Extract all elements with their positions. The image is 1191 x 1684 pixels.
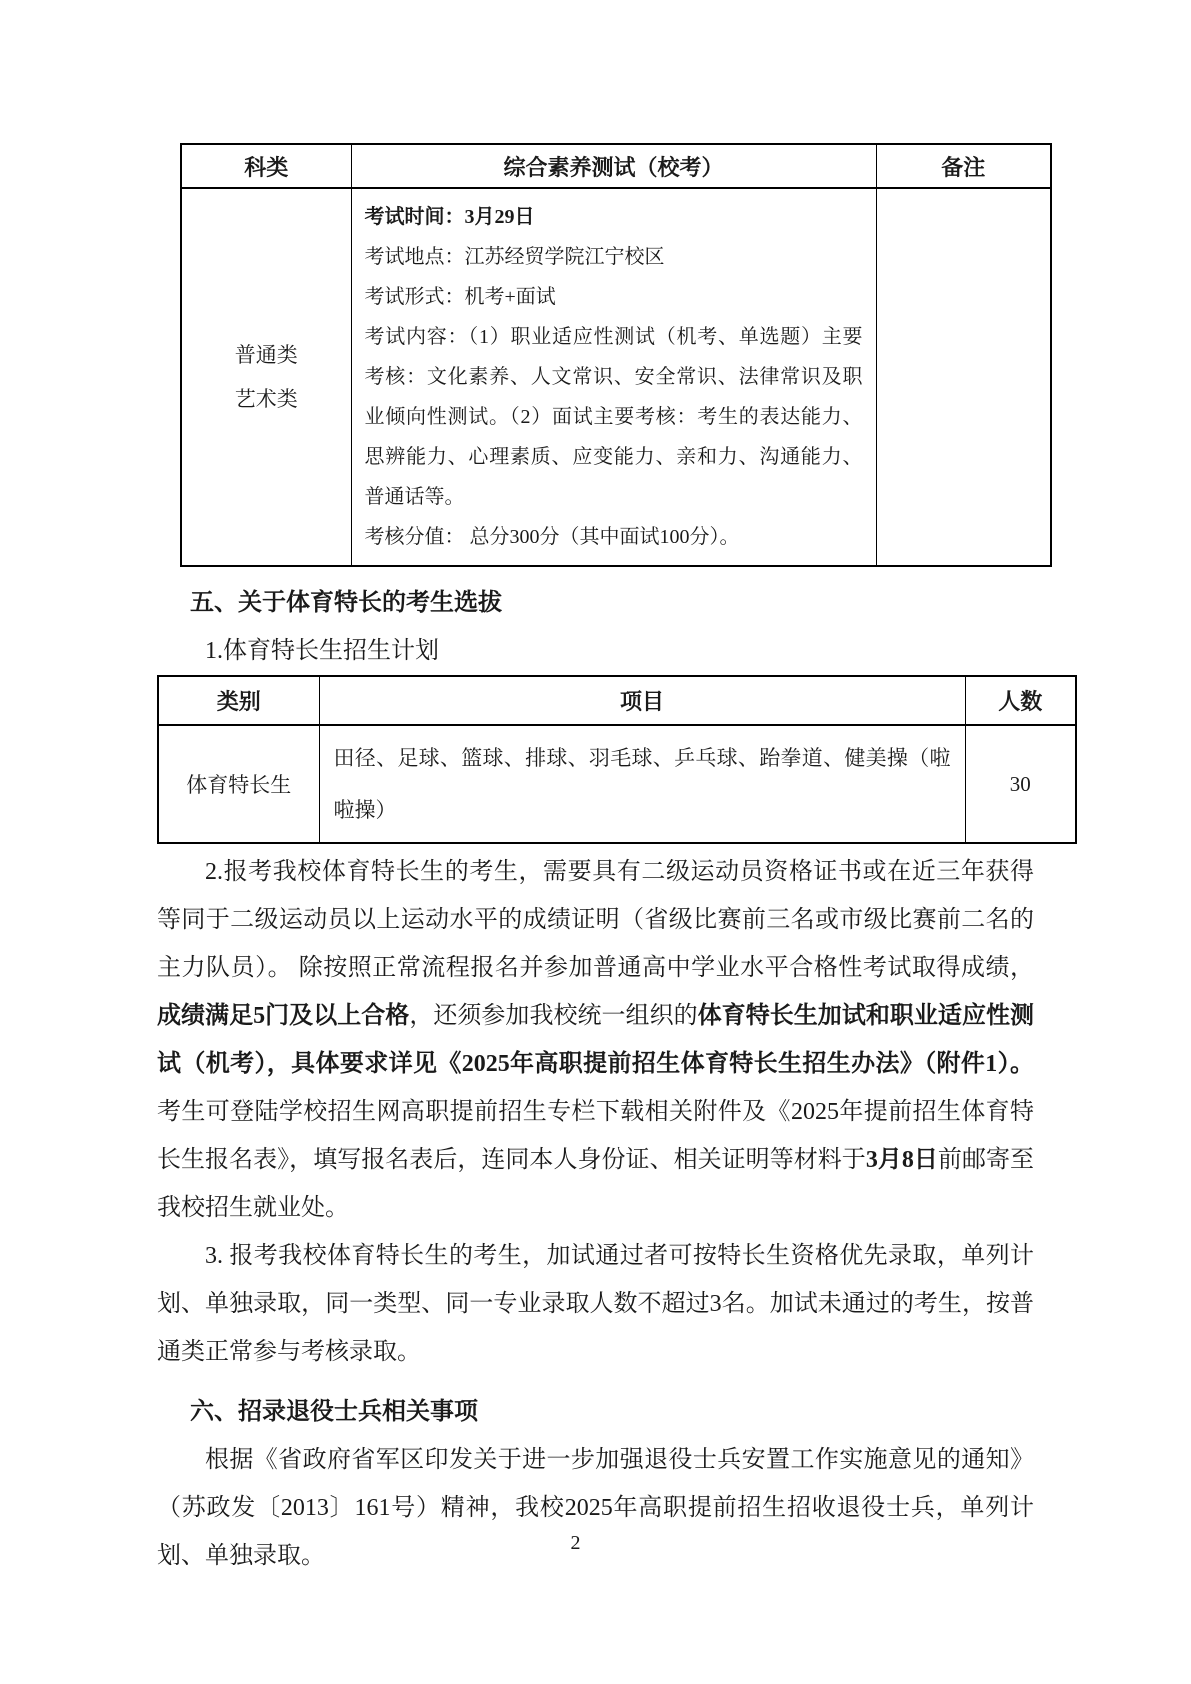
exam-table-header-row: 科类 综合素养测试（校考） 备注: [181, 144, 1051, 188]
exam-format-line: 考试形式：机考+面试: [365, 277, 863, 317]
exam-category-cell: 普通类 艺术类: [181, 188, 351, 566]
section-5-heading: 五、关于体育特长的考生选拔: [190, 579, 1034, 627]
exam-content-line: 考试内容：（1）职业适应性测试（机考、单选题）主要考核：文化素养、人文常识、安全…: [365, 317, 863, 517]
exam-category-line: 艺术类: [183, 377, 350, 421]
exam-info-table: 科类 综合素养测试（校考） 备注 普通类 艺术类 考试时间：3月29日 考试地点…: [180, 143, 1052, 567]
sports-table-header-category: 类别: [158, 676, 319, 725]
sports-table-header-count: 人数: [965, 676, 1076, 725]
sports-table-header-items: 项目: [319, 676, 965, 725]
paragraph-veterans: 根据《省政府省军区印发关于进一步加强退役士兵安置工作实施意见的通知》（苏政发〔2…: [157, 1436, 1034, 1580]
section-6-heading: 六、招录退役士兵相关事项: [190, 1388, 1034, 1436]
paragraph-sports-item-3: 3. 报考我校体育特长生的考生，加试通过者可按特长生资格优先录取，单列计划、单独…: [157, 1232, 1034, 1376]
document-page: 科类 综合素养测试（校考） 备注 普通类 艺术类 考试时间：3月29日 考试地点…: [0, 0, 1191, 1684]
sports-items-cell: 田径、足球、篮球、排球、羽毛球、乒乓球、跆拳道、健美操（啦啦操）: [319, 725, 965, 843]
text-run: 2.报考我校体育特长生的考生，需要具有二级运动员资格证书或在近三年获得等同于二级…: [157, 859, 1034, 981]
text-run-bold: 3月8日: [866, 1147, 938, 1173]
sports-count-cell: 30: [965, 725, 1076, 843]
paragraph-sports-item-2: 2.报考我校体育特长生的考生，需要具有二级运动员资格证书或在近三年获得等同于二级…: [157, 848, 1034, 1232]
sports-category-cell: 体育特长生: [158, 725, 319, 843]
sports-table-header-row: 类别 项目 人数: [158, 676, 1076, 725]
exam-time-line: 考试时间：3月29日: [365, 197, 863, 237]
exam-category-line: 普通类: [183, 333, 350, 377]
sports-table-row: 体育特长生 田径、足球、篮球、排球、羽毛球、乒乓球、跆拳道、健美操（啦啦操） 3…: [158, 725, 1076, 843]
exam-score-line: 考核分值： 总分300分（其中面试100分）。: [365, 517, 863, 557]
exam-table-header-test: 综合素养测试（校考）: [351, 144, 876, 188]
sports-plan-table: 类别 项目 人数 体育特长生 田径、足球、篮球、排球、羽毛球、乒乓球、跆拳道、健…: [157, 675, 1077, 844]
page-number: 2: [0, 1532, 1151, 1555]
exam-table-row: 普通类 艺术类 考试时间：3月29日 考试地点：江苏经贸学院江宁校区 考试形式：…: [181, 188, 1051, 566]
text-run: ，还须参加我校统一组织的: [409, 1003, 697, 1029]
exam-table-header-remark: 备注: [876, 144, 1051, 188]
text-run-bold: 成绩满足5门及以上合格: [157, 1003, 409, 1029]
exam-table-header-category: 科类: [181, 144, 351, 188]
section-5-subitem-1: 1.体育特长生招生计划: [157, 627, 1034, 675]
exam-remark-cell: [876, 188, 1051, 566]
exam-location-line: 考试地点：江苏经贸学院江宁校区: [365, 237, 863, 277]
exam-details-cell: 考试时间：3月29日 考试地点：江苏经贸学院江宁校区 考试形式：机考+面试 考试…: [351, 188, 876, 566]
